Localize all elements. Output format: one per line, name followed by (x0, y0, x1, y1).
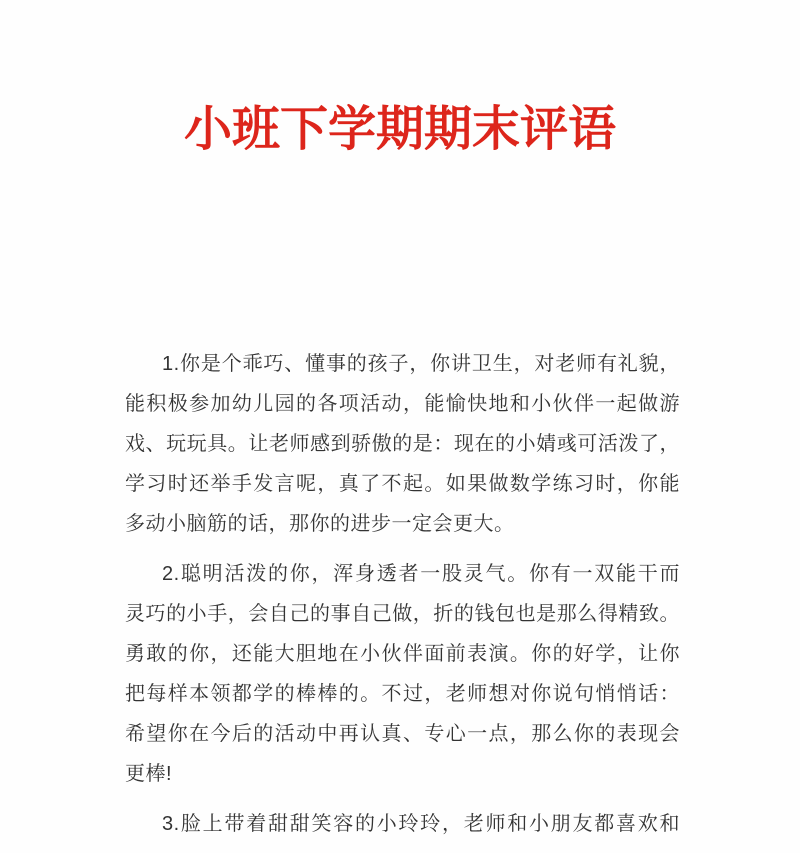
text-line: 学习时还举手发言呢，真了不起。如果做数学练习时，你能 (125, 464, 680, 504)
text-line: 灵巧的小手，会自己的事自己做，折的钱包也是那么得精致。 (125, 594, 680, 634)
text-line: 能积极参加幼儿园的各项活动，能愉快地和小伙伴一起做游 (125, 384, 680, 424)
text-line: 戏、玩玩具。让老师感到骄傲的是：现在的小婧彧可活泼了， (125, 424, 680, 464)
text-line: 把每样本领都学的棒棒的。不过，老师想对你说句悄悄话： (125, 674, 680, 714)
text-line: 更棒! (125, 754, 680, 794)
text-line: 希望你在今后的活动中再认真、专心一点，那么你的表现会 (125, 714, 680, 754)
document-body: 1.你是个乖巧、懂事的孩子，你讲卫生，对老师有礼貌， 能积极参加幼儿园的各项活动… (125, 344, 680, 844)
text-line: 2.聪明活泼的你，浑身透者一股灵气。你有一双能干而 (125, 554, 680, 594)
document-page: 小班下学期期末评语 1.你是个乖巧、懂事的孩子，你讲卫生，对老师有礼貌， 能积极… (0, 0, 800, 853)
paragraph-2: 2.聪明活泼的你，浑身透者一股灵气。你有一双能干而 灵巧的小手，会自己的事自己做… (125, 554, 680, 794)
paragraph-3: 3.脸上带着甜甜笑容的小玲玲，老师和小朋友都喜欢和 (125, 804, 680, 844)
text-line: 3.脸上带着甜甜笑容的小玲玲，老师和小朋友都喜欢和 (125, 804, 680, 844)
text-line: 多动小脑筋的话，那你的进步一定会更大。 (125, 504, 680, 544)
page-title: 小班下学期期末评语 (0, 102, 800, 157)
text-line: 勇敢的你，还能大胆地在小伙伴面前表演。你的好学，让你 (125, 634, 680, 674)
text-line: 1.你是个乖巧、懂事的孩子，你讲卫生，对老师有礼貌， (125, 344, 680, 384)
paragraph-1: 1.你是个乖巧、懂事的孩子，你讲卫生，对老师有礼貌， 能积极参加幼儿园的各项活动… (125, 344, 680, 544)
